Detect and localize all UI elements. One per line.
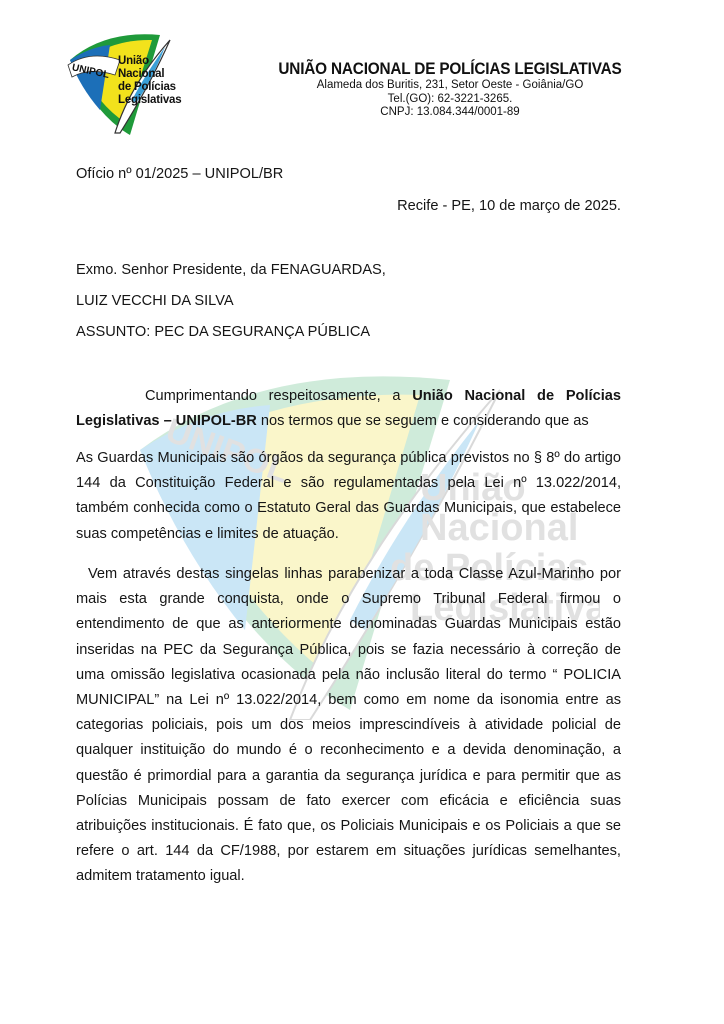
paragraph-guardas: As Guardas Municipais são órgãos da segu… (76, 446, 621, 547)
address: Alameda dos Buritis, 231, Setor Oeste - … (240, 79, 660, 93)
place-date: Recife - PE, 10 de março de 2025. (76, 198, 621, 214)
organization-title: UNIÃO NACIONAL DE POLÍCIAS LEGISLATIVAS (255, 60, 646, 79)
paragraph-greeting: Cumprimentando respeitosamente, a União … (76, 384, 621, 434)
logo-line: Nacional (118, 68, 181, 81)
logo-line: Legislativas (118, 94, 181, 107)
paragraph-congratulations: Vem através destas singelas linhas parab… (76, 562, 621, 890)
cnpj: CNPJ: 13.084.344/0001-89 (240, 106, 660, 120)
logo-line: de Polícias (118, 81, 181, 94)
subject: ASSUNTO: PEC DA SEGURANÇA PÚBLICA (76, 324, 621, 340)
office-reference: Ofício nº 01/2025 – UNIPOL/BR (76, 166, 621, 182)
letterhead: UNIÃO NACIONAL DE POLÍCIAS LEGISLATIVAS … (240, 60, 660, 120)
addressee-name: LUIZ VECCHI DA SILVA (76, 293, 621, 309)
greeting-text-end: nos termos que se seguem e considerando … (257, 413, 589, 429)
greeting-text: Cumprimentando respeitosamente, a (145, 388, 412, 404)
logo-text: União Nacional de Polícias Legislativas (118, 55, 181, 107)
addressee: Exmo. Senhor Presidente, da FENAGUARDAS, (76, 262, 621, 278)
logo-line: União (118, 55, 181, 68)
phone: Tel.(GO): 62-3221-3265. (240, 93, 660, 107)
